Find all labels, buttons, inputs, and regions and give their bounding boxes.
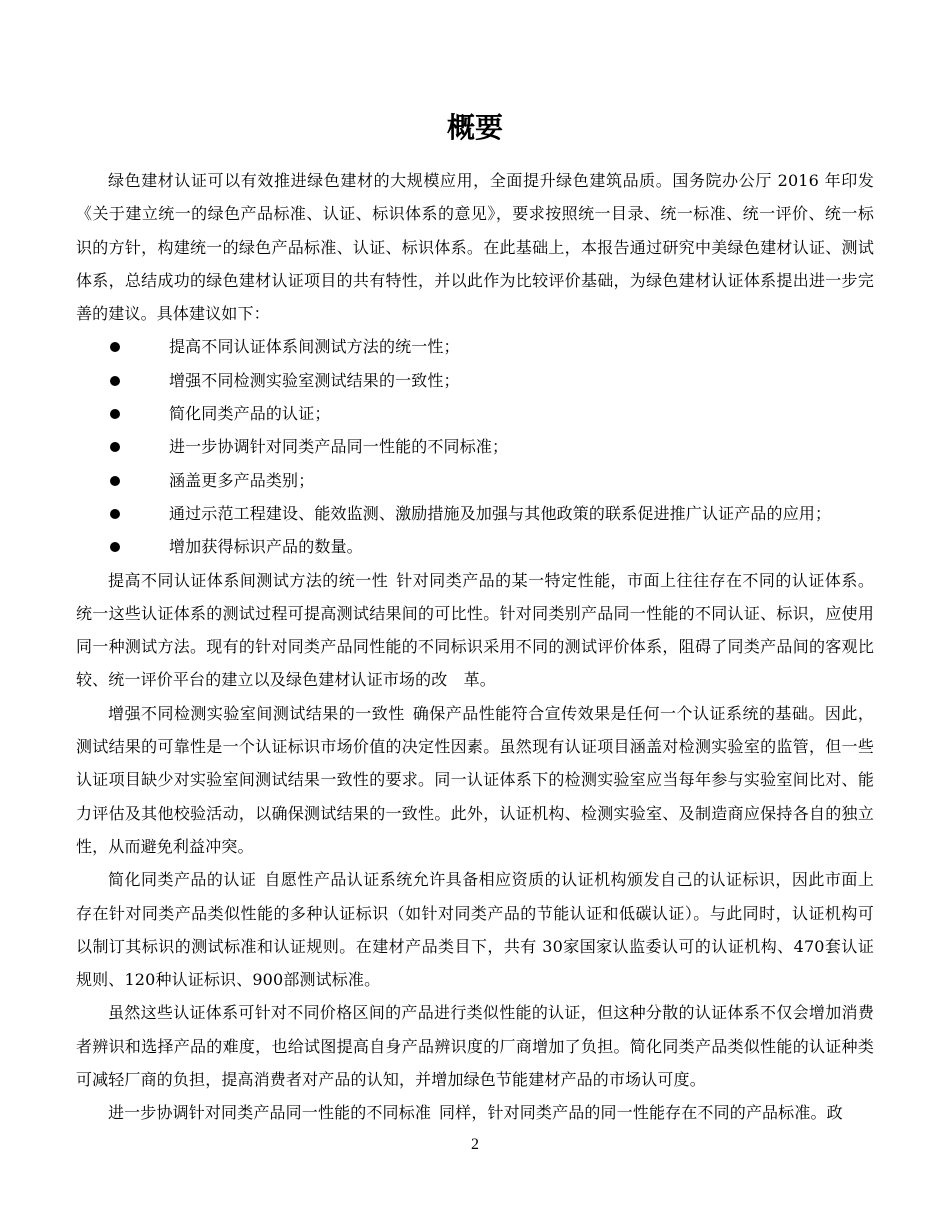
bullet-icon <box>110 509 120 519</box>
bullet-icon <box>110 542 120 552</box>
page-title: 概要 <box>76 108 874 148</box>
section-paragraph-simplify-continued: 虽然这些认证体系可针对不同价格区间的产品进行类似性能的认证，但这种分散的认证体系… <box>76 996 874 1096</box>
recommendation-list: 提高不同认证体系间测试方法的统一性； 增强不同检测实验室测试结果的一致性； 简化… <box>76 330 874 563</box>
section-text: 同样，针对同类产品的同一性能存在不同的产品标准。政 <box>439 1103 843 1122</box>
section-paragraph-method-consistency: 提高不同认证体系间测试方法的统一性针对同类产品的某一特定性能，市面上往往存在不同… <box>76 564 874 697</box>
bullet-icon <box>110 442 120 452</box>
section-paragraph-simplify-certification: 简化同类产品的认证自愿性产品认证系统允许具备相应资质的认证机构颁发自己的认证标识… <box>76 863 874 996</box>
page-number: 2 <box>76 1133 874 1157</box>
bullet-icon <box>110 342 120 352</box>
list-item: 简化同类产品的认证； <box>76 397 874 430</box>
list-item-text: 增加获得标识产品的数量。 <box>169 537 363 556</box>
list-item: 涵盖更多产品类别； <box>76 464 874 497</box>
list-item-text: 进一步协调针对同类产品同一性能的不同标准； <box>169 437 508 456</box>
list-item: 进一步协调针对同类产品同一性能的不同标准； <box>76 430 874 463</box>
bullet-icon <box>110 376 120 386</box>
list-item-text: 通过示范工程建设、能效监测、激励措施及加强与其他政策的联系促进推广认证产品的应用… <box>169 504 831 523</box>
section-lead: 增强不同检测实验室间测试结果的一致性 <box>108 704 405 723</box>
list-item-text: 简化同类产品的认证； <box>169 404 331 423</box>
list-item: 提高不同认证体系间测试方法的统一性； <box>76 330 874 363</box>
list-item-text: 增强不同检测实验室测试结果的一致性； <box>169 371 460 390</box>
section-lead: 提高不同认证体系间测试方法的统一性 <box>108 571 388 590</box>
list-item: 通过示范工程建设、能效监测、激励措施及加强与其他政策的联系促进推广认证产品的应用… <box>76 497 874 530</box>
list-item-text: 提高不同认证体系间测试方法的统一性； <box>169 337 460 356</box>
section-lead: 进一步协调针对同类产品同一性能的不同标准 <box>108 1103 431 1122</box>
bullet-icon <box>110 476 120 486</box>
list-item: 增强不同检测实验室测试结果的一致性； <box>76 364 874 397</box>
list-item-text: 涵盖更多产品类别； <box>169 471 314 490</box>
section-paragraph-lab-consistency: 增强不同检测实验室间测试结果的一致性确保产品性能符合宣传效果是任何一个认证系统的… <box>76 697 874 863</box>
list-item: 增加获得标识产品的数量。 <box>76 530 874 563</box>
section-text: 确保产品性能符合宣传效果是任何一个认证系统的基础。因此，测试结果的可靠性是一个认… <box>76 704 874 856</box>
intro-paragraph: 绿色建材认证可以有效推进绿色建材的大规模应用，全面提升绿色建筑品质。国务院办公厅… <box>76 164 874 330</box>
bullet-icon <box>110 409 120 419</box>
section-lead: 简化同类产品的认证 <box>108 870 256 889</box>
document-body: 绿色建材认证可以有效推进绿色建材的大规模应用，全面提升绿色建筑品质。国务院办公厅… <box>76 164 874 1130</box>
section-paragraph-harmonize-standards: 进一步协调针对同类产品同一性能的不同标准同样，针对同类产品的同一性能存在不同的产… <box>76 1096 874 1129</box>
section-text: 虽然这些认证体系可针对不同价格区间的产品进行类似性能的认证，但这种分散的认证体系… <box>76 1003 874 1089</box>
